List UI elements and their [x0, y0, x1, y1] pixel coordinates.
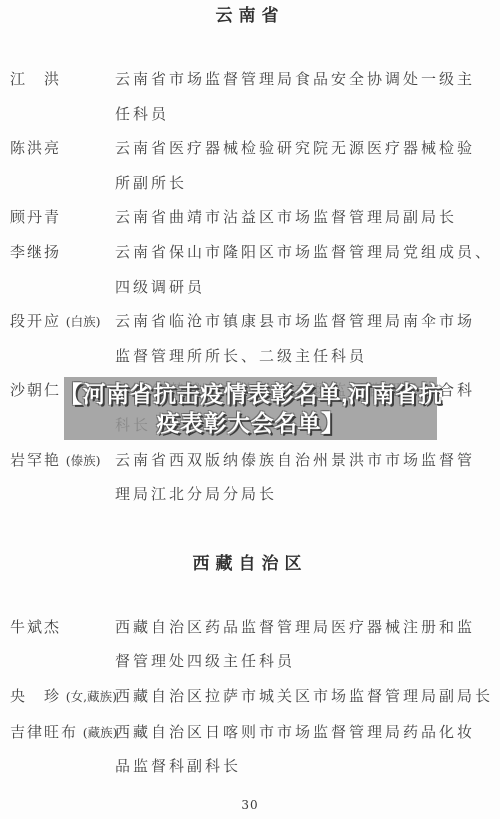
entry-row: 顾丹青云南省曲靖市沾益区市场监督管理局副局长	[0, 200, 500, 235]
entry-name-cell: 陈洪亮	[10, 131, 115, 166]
commendation-list: 云南省江 洪云南省市场监督管理局食品安全协调处一级主 任科员陈洪亮云南省医疗器械…	[0, 5, 500, 784]
entry-description: 西藏自治区拉萨市城关区市场监督管理局副局长	[115, 679, 500, 714]
section-title: 云南省	[0, 5, 500, 28]
entry-ethnicity: (白族)	[66, 314, 101, 329]
entry-name-cell: 吉律旺布 (藏族)	[10, 715, 115, 751]
entry-row: 吉律旺布 (藏族)西藏自治区日喀则市市场监督管理局药品化妆 品监督科副科长	[0, 715, 500, 784]
entry-name-cell: 段开应 (白族)	[10, 304, 115, 340]
province-section: 云南省江 洪云南省市场监督管理局食品安全协调处一级主 任科员陈洪亮云南省医疗器械…	[0, 5, 500, 512]
entry-name-cell: 央 珍 (女,藏族)	[10, 679, 115, 715]
entry-row: 陈洪亮云南省医疗器械检验研究院无源医疗器械检验 所副所长	[0, 131, 500, 200]
entry-name: 吉律旺布	[10, 723, 78, 741]
entry-description: 云南省保山市隆阳区市场监督管理局党组成员、 四级调研员	[115, 235, 500, 304]
entry-row: 央 珍 (女,藏族)西藏自治区拉萨市城关区市场监督管理局副局长	[0, 679, 500, 715]
entry-name: 央 珍	[10, 687, 61, 705]
entry-row: 岩罕艳 (傣族)云南省西双版纳傣族自治州景洪市市场监督管 理局江北分局分局长	[0, 443, 500, 512]
province-section: 西藏自治区牛斌杰西藏自治区药品监督管理局医疗器械注册和监 督管理处四级主任科员央…	[0, 553, 500, 784]
entry-name: 沙朝仁	[10, 381, 61, 399]
entry-name-cell: 岩罕艳 (傣族)	[10, 443, 115, 479]
entry-name-cell: 牛斌杰	[10, 610, 115, 645]
entry-row: 李继扬云南省保山市隆阳区市场监督管理局党组成员、 四级调研员	[0, 235, 500, 304]
entry-ethnicity: (藏族)	[83, 725, 118, 740]
entry-name: 段开应	[10, 312, 61, 330]
entry-description: 云南省楚雄彝族自治州市场监督管理局综合科 科长	[115, 373, 500, 442]
entry-list: 江 洪云南省市场监督管理局食品安全协调处一级主 任科员陈洪亮云南省医疗器械检验研…	[0, 62, 500, 512]
entry-name-cell: 江 洪	[10, 62, 115, 97]
page-number: 30	[0, 798, 500, 812]
entry-ethnicity: (傣族)	[66, 453, 101, 468]
entry-description: 云南省医疗器械检验研究院无源医疗器械检验 所副所长	[115, 131, 500, 200]
entry-ethnicity: (女,藏族)	[66, 689, 117, 704]
entry-description: 云南省曲靖市沾益区市场监督管理局副局长	[115, 200, 500, 235]
entry-description: 西藏自治区药品监督管理局医疗器械注册和监 督管理处四级主任科员	[115, 610, 500, 679]
document-page: 云南省江 洪云南省市场监督管理局食品安全协调处一级主 任科员陈洪亮云南省医疗器械…	[0, 0, 500, 819]
section-title: 西藏自治区	[0, 553, 500, 576]
entry-description: 云南省临沧市镇康县市场监督管理局南伞市场 监督管理所所长、二级主任科员	[115, 304, 500, 373]
entry-name-cell: 李继扬	[10, 235, 115, 270]
entry-name: 李继扬	[10, 243, 61, 261]
entry-name-cell: 沙朝仁	[10, 373, 115, 408]
entry-row: 江 洪云南省市场监督管理局食品安全协调处一级主 任科员	[0, 62, 500, 131]
entry-description: 云南省市场监督管理局食品安全协调处一级主 任科员	[115, 62, 500, 131]
entry-row: 段开应 (白族)云南省临沧市镇康县市场监督管理局南伞市场 监督管理所所长、二级主…	[0, 304, 500, 373]
entry-description: 云南省西双版纳傣族自治州景洪市市场监督管 理局江北分局分局长	[115, 443, 500, 512]
entry-description: 西藏自治区日喀则市市场监督管理局药品化妆 品监督科副科长	[115, 715, 500, 784]
entry-name: 陈洪亮	[10, 139, 61, 157]
entry-name: 顾丹青	[10, 208, 61, 226]
entry-row: 牛斌杰西藏自治区药品监督管理局医疗器械注册和监 督管理处四级主任科员	[0, 610, 500, 679]
entry-name: 岩罕艳	[10, 451, 61, 469]
entry-name: 牛斌杰	[10, 618, 61, 636]
entry-name-cell: 顾丹青	[10, 200, 115, 235]
entry-name: 江 洪	[10, 70, 61, 88]
entry-row: 沙朝仁云南省楚雄彝族自治州市场监督管理局综合科 科长	[0, 373, 500, 442]
entry-list: 牛斌杰西藏自治区药品监督管理局医疗器械注册和监 督管理处四级主任科员央 珍 (女…	[0, 610, 500, 784]
